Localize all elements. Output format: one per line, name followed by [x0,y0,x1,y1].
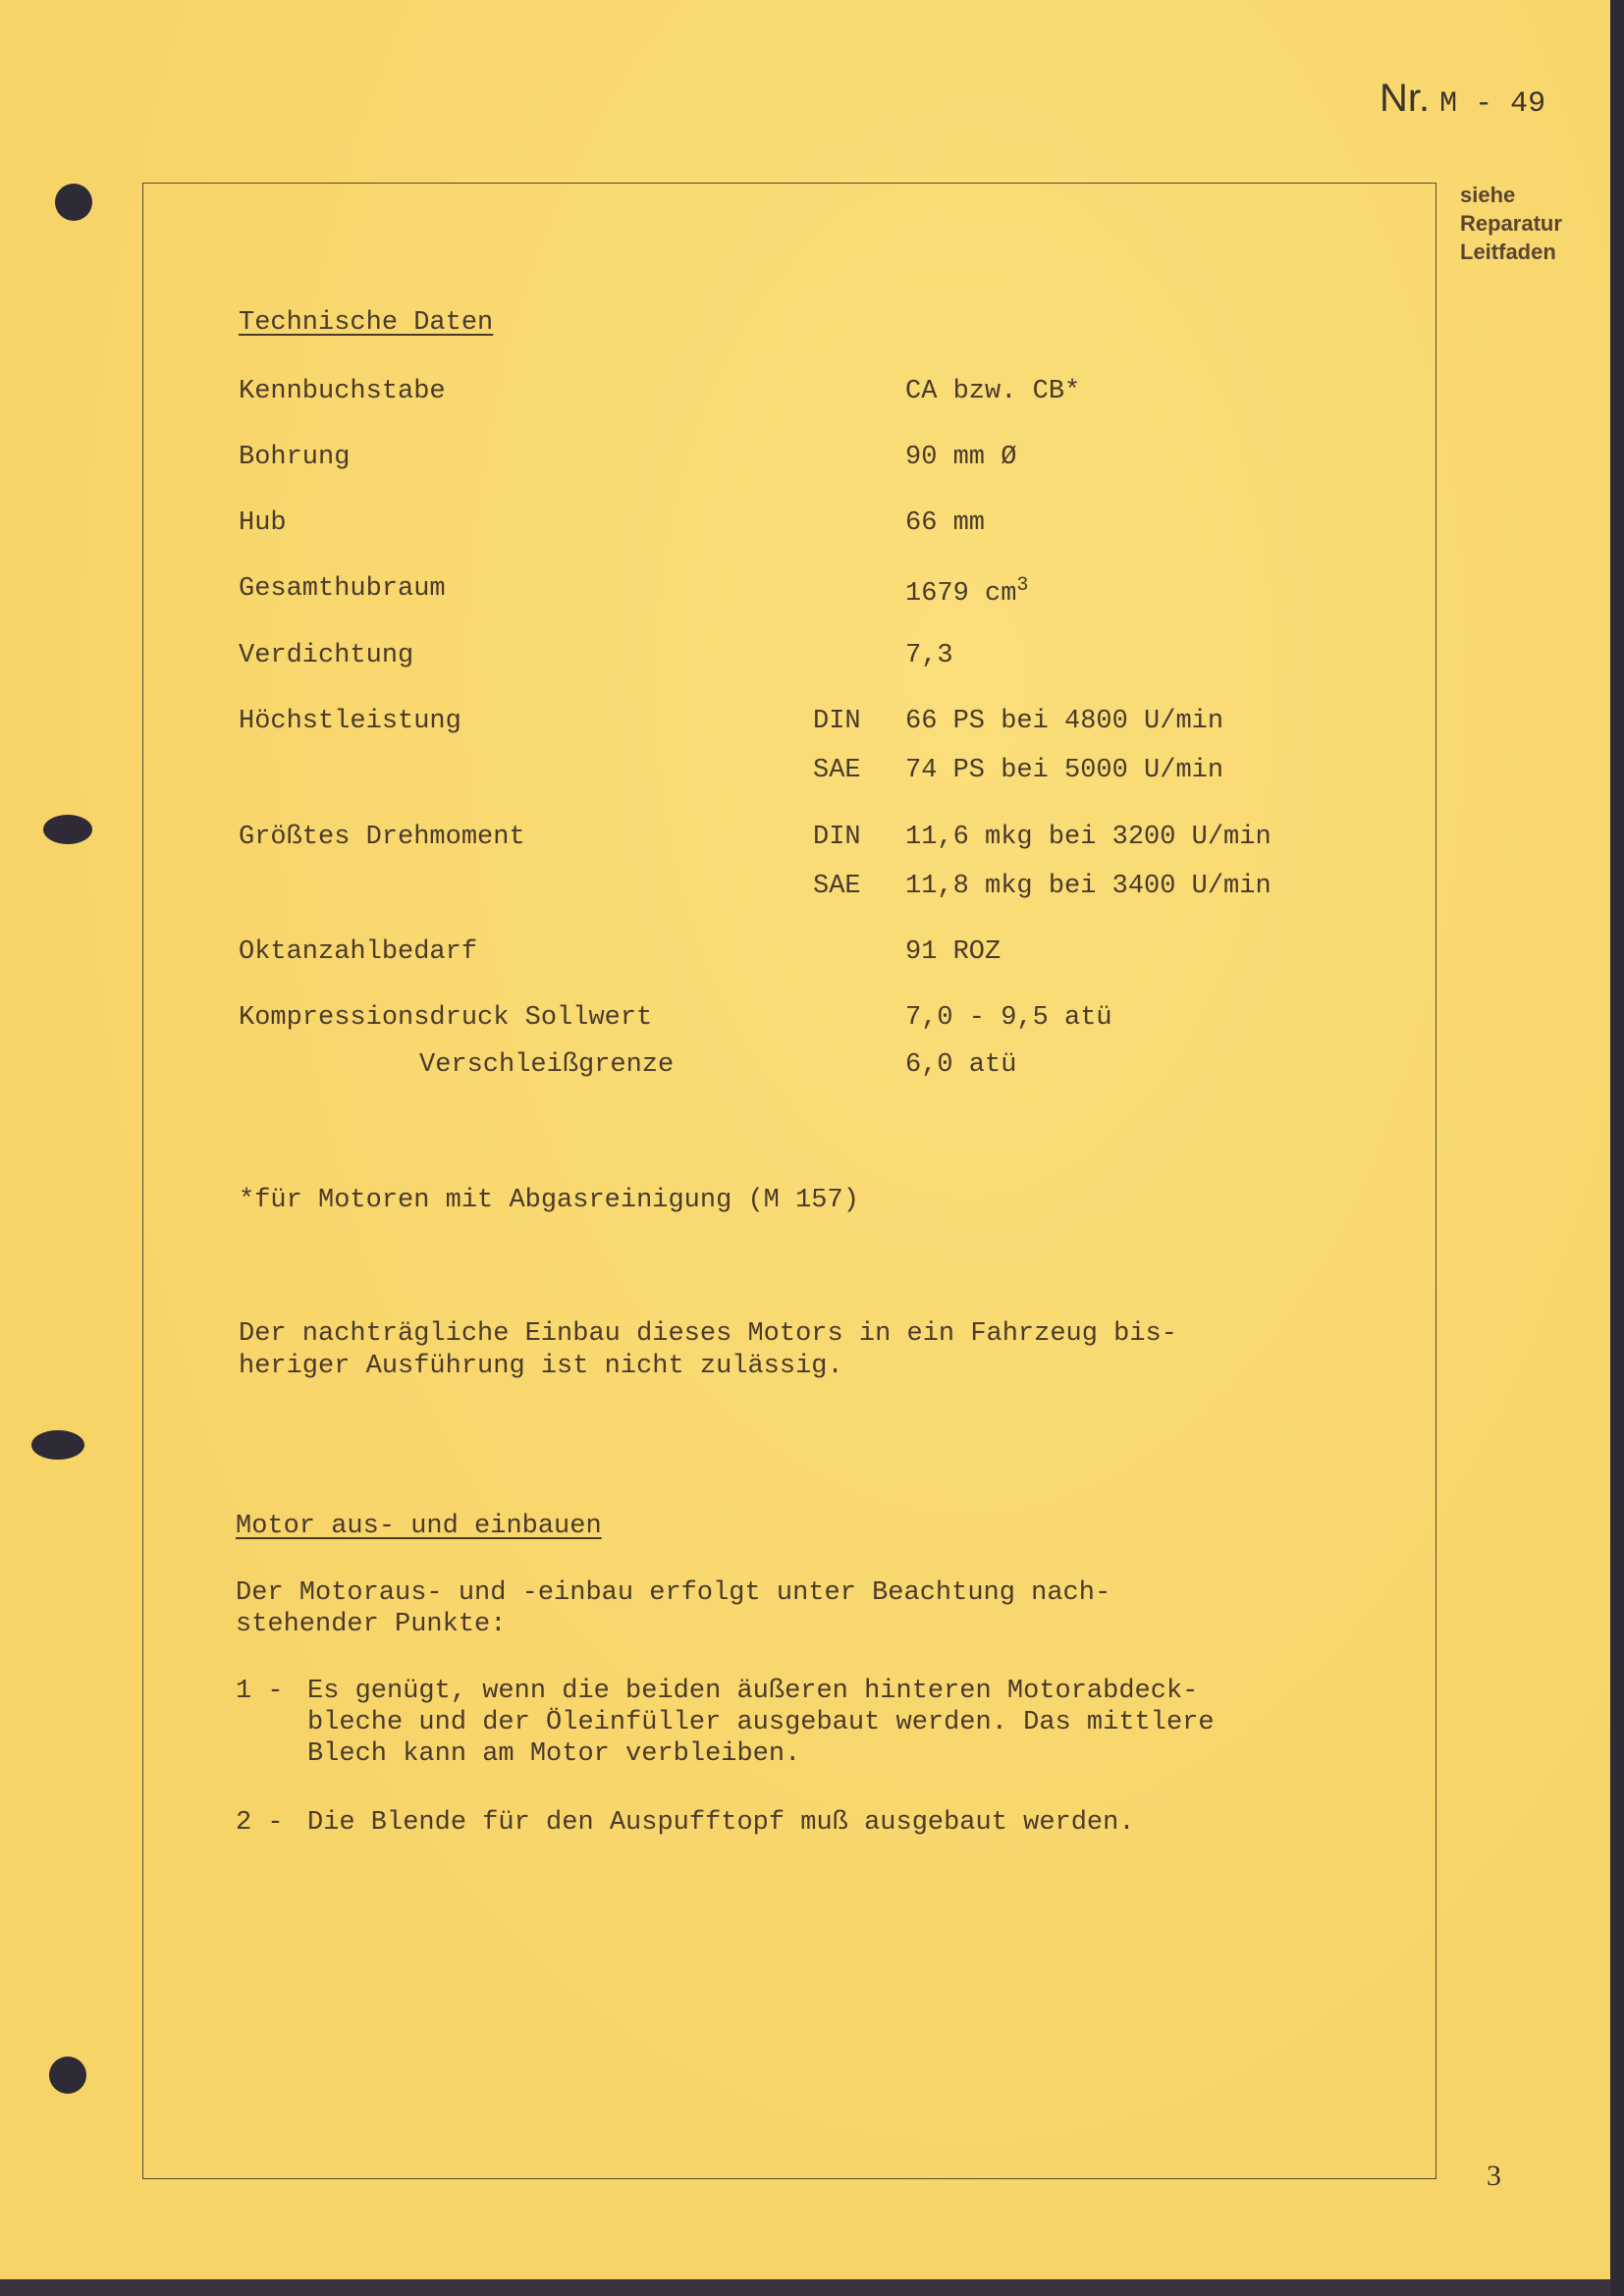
list-item-line: Es genügt, wenn die beiden äußeren hinte… [307,1677,1198,1706]
document-page: Nr.M - 49 siehe Reparatur Leitfaden Tech… [0,0,1610,2279]
spec-label: Höchstleistung [239,707,461,736]
spec-value: 6,0 atü [905,1050,1016,1080]
punch-hole-icon [55,184,92,221]
spec-standard: SAE [813,872,861,901]
spec-value: 7,0 - 9,5 atü [905,1003,1112,1033]
spec-label: Bohrung [239,443,350,472]
list-item-line: Die Blende für den Auspufftopf muß ausge… [307,1808,1135,1838]
spec-value: 66 mm [905,508,985,538]
spec-label: Verschleißgrenze [419,1050,674,1080]
spec-value: 66 PS bei 4800 U/min [905,707,1223,736]
list-item-number: 2 - [236,1808,284,1838]
notice-line: heriger Ausführung ist nicht zulässig. [239,1352,843,1381]
side-note-line: Reparatur [1460,209,1562,238]
spec-value: 90 mm Ø [905,443,1016,472]
side-note-line: Leitfaden [1460,238,1562,266]
spec-value: 74 PS bei 5000 U/min [905,756,1223,785]
page-number: 3 [1487,2160,1501,2193]
intro-line: stehender Punkte: [236,1610,506,1639]
section-title-technische-daten: Technische Daten [239,308,493,338]
nr-code: M - 49 [1439,87,1545,121]
spec-label: Kennbuchstabe [239,377,446,406]
section-title-motor-aus-einbauen: Motor aus- und einbauen [236,1512,602,1541]
spec-value: CA bzw. CB* [905,377,1080,406]
punch-hole-icon [43,815,92,844]
scan-edge [1610,0,1624,2296]
spec-standard: DIN [813,707,861,736]
punch-hole-icon [31,1430,84,1460]
nr-label: Nr. [1380,77,1430,120]
footnote: *für Motoren mit Abgasreinigung (M 157) [239,1186,859,1215]
spec-label: Kompressionsdruck Sollwert [239,1003,652,1033]
spec-label: Verdichtung [239,641,413,670]
document-number: Nr.M - 49 [1380,77,1545,121]
spec-value: 7,3 [905,641,953,670]
intro-line: Der Motoraus- und -einbau erfolgt unter … [236,1578,1110,1608]
list-item-line: bleche und der Öleinfüller ausgebaut wer… [307,1708,1215,1737]
spec-value: 1679 cm3 [905,574,1028,609]
notice-line: Der nachträgliche Einbau dieses Motors i… [239,1319,1177,1349]
spec-label: Oktanzahlbedarf [239,937,477,967]
spec-standard: DIN [813,823,861,852]
content-frame [142,183,1436,2179]
spec-label: Gesamthubraum [239,574,446,604]
spec-value: 11,6 mkg bei 3200 U/min [905,823,1272,852]
side-note: siehe Reparatur Leitfaden [1460,181,1562,266]
list-item-line: Blech kann am Motor verbleiben. [307,1739,800,1769]
spec-label: Größtes Drehmoment [239,823,525,852]
spec-label: Hub [239,508,287,538]
spec-value-text: 1679 cm [905,579,1016,609]
spec-value: 11,8 mkg bei 3400 U/min [905,872,1272,901]
spec-value: 91 ROZ [905,937,1001,967]
superscript: 3 [1016,574,1028,597]
side-note-line: siehe [1460,181,1562,209]
punch-hole-icon [49,2056,86,2094]
list-item-number: 1 - [236,1677,284,1706]
spec-standard: SAE [813,756,861,785]
